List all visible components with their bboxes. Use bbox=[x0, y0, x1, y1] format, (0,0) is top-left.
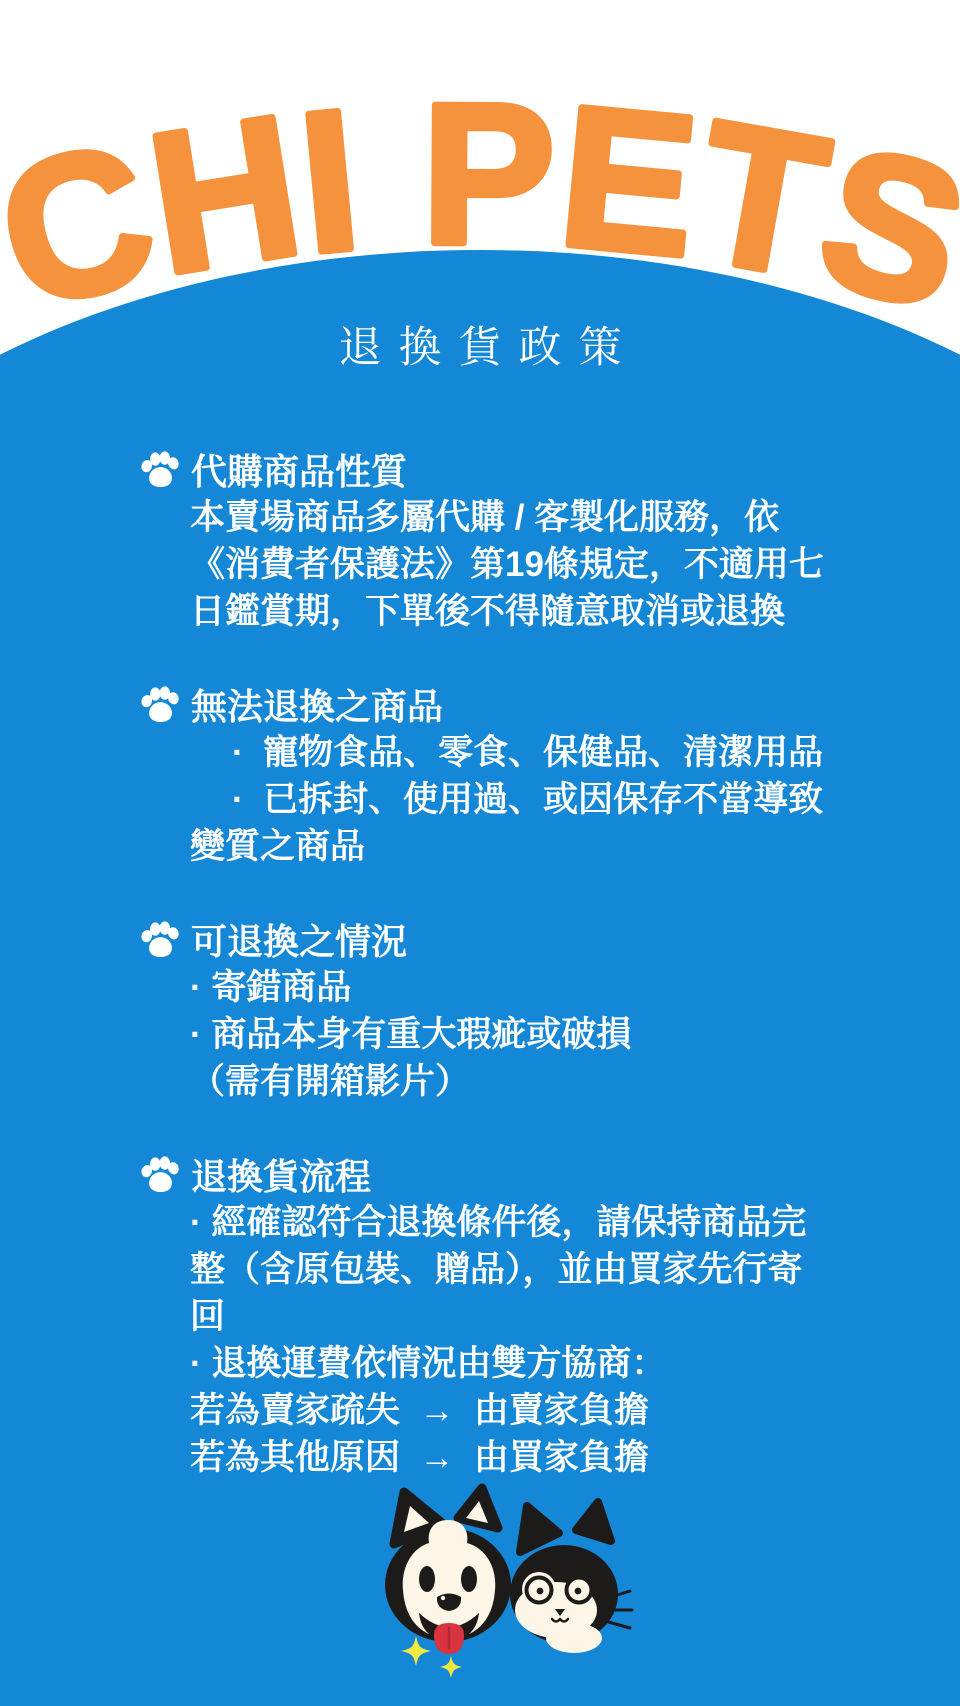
section-non-returnable: 無法退換之商品 · 寵物食品、零食、保健品、清潔用品 · 已拆封、使用過、或因保… bbox=[140, 679, 830, 870]
policy-line: · 商品本身有重大瑕疵或破損 bbox=[190, 1011, 830, 1058]
section-heading-row: 退換貨流程 bbox=[140, 1149, 830, 1199]
section-heading: 可退換之情況 bbox=[191, 914, 407, 965]
policy-line: · 經確認符合退換條件後，請保持商品完 bbox=[190, 1199, 830, 1246]
section-return-process: 退換貨流程 · 經確認符合退換條件後，請保持商品完 整（含原包裝、贈品），並由買… bbox=[140, 1149, 830, 1481]
section-heading-row: 無法退換之商品 bbox=[140, 679, 830, 729]
dog-illustration bbox=[385, 1488, 511, 1654]
section-body: · 寄錯商品 · 商品本身有重大瑕疵或破損 （需有開箱影片） bbox=[140, 964, 830, 1105]
section-heading: 代購商品性質 bbox=[191, 444, 407, 495]
policy-line: 若為其他原因 → 由買家負擔 bbox=[190, 1434, 830, 1481]
cat-illustration bbox=[510, 1502, 632, 1653]
policy-line: 整（含原包裝、贈品），並由買家先行寄 bbox=[190, 1246, 830, 1293]
section-heading-row: 代購商品性質 bbox=[140, 444, 830, 494]
section-body: 本賣場商品多屬代購 / 客製化服務，依 《消費者保護法》第19條規定，不適用七 … bbox=[140, 494, 830, 635]
paw-icon bbox=[140, 920, 182, 958]
poster-root: CHI PETS 退換貨政策 代購商品性質 本賣場商品多屬代購 / 客製化服務，… bbox=[0, 0, 960, 1706]
policy-line: · 寄錯商品 bbox=[190, 964, 830, 1011]
paw-icon bbox=[140, 1155, 182, 1193]
policy-line: 回 bbox=[190, 1293, 830, 1340]
page-title: 退換貨政策 bbox=[0, 314, 960, 375]
paw-icon bbox=[140, 685, 182, 723]
section-heading: 無法退換之商品 bbox=[191, 679, 443, 730]
policy-line: · 已拆封、使用過、或因保存不當導致 bbox=[232, 776, 830, 823]
section-product-nature: 代購商品性質 本賣場商品多屬代購 / 客製化服務，依 《消費者保護法》第19條規… bbox=[140, 444, 830, 635]
policy-line: （需有開箱影片） bbox=[190, 1058, 830, 1105]
section-body: · 寵物食品、零食、保健品、清潔用品 · 已拆封、使用過、或因保存不當導致 變質… bbox=[140, 729, 830, 870]
paw-icon bbox=[140, 450, 182, 488]
policy-line: 本賣場商品多屬代購 / 客製化服務，依 bbox=[190, 494, 830, 541]
policy-line: · 寵物食品、零食、保健品、清潔用品 bbox=[232, 729, 830, 776]
section-heading: 退換貨流程 bbox=[191, 1149, 371, 1200]
policy-line: · 退換運費依情況由雙方協商： bbox=[190, 1340, 830, 1387]
section-body: · 經確認符合退換條件後，請保持商品完 整（含原包裝、贈品），並由買家先行寄 回… bbox=[140, 1199, 830, 1481]
policy-line: 變質之商品 bbox=[190, 823, 830, 870]
policy-line: 《消費者保護法》第19條規定，不適用七 bbox=[190, 541, 830, 588]
policy-content: 代購商品性質 本賣場商品多屬代購 / 客製化服務，依 《消費者保護法》第19條規… bbox=[140, 444, 830, 1481]
section-returnable-cases: 可退換之情況 · 寄錯商品 · 商品本身有重大瑕疵或破損 （需有開箱影片） bbox=[140, 914, 830, 1105]
policy-line: 日鑑賞期，下單後不得隨意取消或退換 bbox=[190, 588, 830, 635]
policy-line: 若為賣家疏失 → 由賣家負擔 bbox=[190, 1387, 830, 1434]
dog-and-cat-illustration bbox=[364, 1478, 636, 1694]
section-heading-row: 可退換之情況 bbox=[140, 914, 830, 964]
